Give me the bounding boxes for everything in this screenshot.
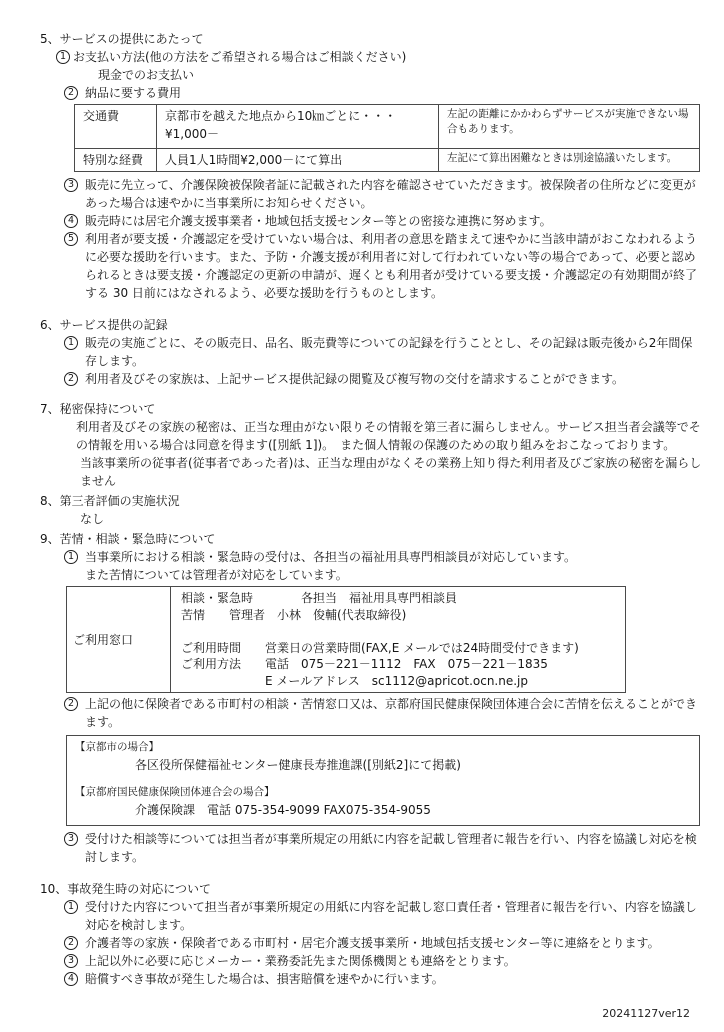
list-item: 3 上記以外に必要に応じメーカー・業務委託先また関係機関とも連絡をとります。 (64, 952, 702, 970)
contact-line-phone-fax: ご利用方法 電話 075－221－1112 FAX 075－221－1835 (181, 656, 615, 673)
contact-line-email: E メールアドレス sc1112@apricot.ocn.ne.jp (181, 673, 615, 690)
confidentiality-paragraph-1: 利用者及びその家族の秘密は、正当な理由がない限りその情報を第三者に漏らしません。… (76, 418, 702, 454)
payment-cash-text: 現金でのお支払い (98, 66, 702, 84)
table-row-transport: 交通費 京都市を越えた地点から10㎞ごとに・・・¥1,000－ 左記の距離にかか… (75, 105, 700, 149)
cost-note: 左記にて算出困難なときは別途協議いたします。 (439, 149, 700, 172)
delivery-cost-item: 2 納品に要する費用 (64, 84, 702, 102)
contact-window-label: ご利用窓口 (67, 587, 171, 693)
section-8-heading: 8、第三者評価の実施状況 (40, 492, 702, 510)
section-5-heading: 5、サービスの提供にあたって (40, 30, 702, 48)
list-item: 4 賠償すべき事故が発生した場合は、損害賠償を速やかに行います。 (64, 970, 702, 988)
section-7-heading: 7、秘密保持について (40, 400, 702, 418)
cost-note: 左記の距離にかかわらずサービスが実施できない場合もあります。 (439, 105, 700, 149)
table-row: ご利用窓口 相談・緊急時 各担当 福祉用具専門相談員 苦情 管理者 小林 俊輔(… (67, 587, 626, 693)
table-row-special-expense: 特別な経費 人員1人1時間¥2,000－にて算出 左記にて算出困難なときは別途協… (75, 149, 700, 172)
document-version: 20241127ver12 (40, 988, 702, 1032)
list-item-text: 販売に先立って、介護保険被保険者証に記載された内容を確認させていただきます。被保… (85, 176, 702, 212)
list-item-text: 利用者及びその家族は、上記サービス提供記録の閲覧及び複写物の交付を請求することが… (85, 370, 702, 388)
list-item-text: 当事業所における相談・緊急時の受付は、各担当の福祉用具専門相談員が対応しています… (85, 548, 702, 584)
document-page: 5、サービスの提供にあたって 1 お支払い方法(他の方法をご希望される場合はご相… (0, 0, 724, 1032)
section-third-party-evaluation: 8、第三者評価の実施状況 なし (40, 492, 702, 528)
kyoto-city-case-label: 【京都市の場合】 (75, 739, 691, 756)
list-item: 3 受付けた相談等については担当者が事業所規定の用紙に内容を記載し管理者に報告を… (64, 830, 702, 866)
confidentiality-paragraph-2: 当該事業所の従事者(従事者であった者)は、正当な理由がなくその業務上知り得た利用… (80, 454, 702, 490)
list-item: 2 介護者等の家族・保険者である市町村・居宅介護支援事業所・地域包括支援センター… (64, 934, 702, 952)
payment-method-item: 1 お支払い方法(他の方法をご希望される場合はご相談ください) (56, 48, 702, 66)
circled-3-marker: 3 (64, 832, 78, 846)
cost-detail: 人員1人1時間¥2,000－にて算出 (157, 149, 439, 172)
list-item: 2 上記の他に保険者である市町村の相談・苦情窓口又は、京都府国民健康保険団体連合… (64, 695, 702, 731)
kokuho-federation-case-value: 介護保険課 電話 075-354-9099 FAX075-354-9055 (135, 801, 691, 819)
contact-window-details: 相談・緊急時 各担当 福祉用具専門相談員 苦情 管理者 小林 俊輔(代表取締役)… (171, 587, 626, 693)
circled-1-marker: 1 (64, 550, 78, 564)
list-item: 2 利用者及びその家族は、上記サービス提供記録の閲覧及び複写物の交付を請求するこ… (64, 370, 702, 388)
list-item-text: 賠償すべき事故が発生した場合は、損害賠償を速やかに行います。 (85, 970, 702, 988)
list-item: 1 当事業所における相談・緊急時の受付は、各担当の福祉用具専門相談員が対応してい… (64, 548, 702, 584)
section-10-heading: 10、事故発生時の対応について (40, 880, 702, 898)
list-item-text: 受付けた相談等については担当者が事業所規定の用紙に内容を記載し管理者に報告を行い… (85, 830, 702, 866)
circled-1-marker: 1 (64, 900, 78, 914)
list-item-text: 介護者等の家族・保険者である市町村・居宅介護支援事業所・地域包括支援センター等に… (85, 934, 702, 952)
circled-2-marker: 2 (64, 372, 78, 386)
list-item-text: 上記の他に保険者である市町村の相談・苦情窓口又は、京都府国民健康保険団体連合会に… (85, 695, 702, 731)
section-9-heading: 9、苦情・相談・緊急時について (40, 530, 702, 548)
cost-table: 交通費 京都市を越えた地点から10㎞ごとに・・・¥1,000－ 左記の距離にかか… (74, 104, 700, 172)
list-item: 1 受付けた内容について担当者が事業所規定の用紙に内容を記載し窓口責任者・管理者… (64, 898, 702, 934)
section-confidentiality: 7、秘密保持について 利用者及びその家族の秘密は、正当な理由がない限りその情報を… (40, 400, 702, 490)
third-party-evaluation-status: なし (80, 510, 702, 528)
list-item: 1 販売の実施ごとに、その販売日、品名、販売費等についての記録を行うこととし、そ… (64, 334, 702, 370)
complaints-reception-line-2: また苦情については管理者が対応をしています。 (85, 566, 702, 584)
circled-4-marker: 4 (64, 972, 78, 986)
list-item-text: 受付けた内容について担当者が事業所規定の用紙に内容を記載し窓口責任者・管理者に報… (85, 898, 702, 934)
circled-3-marker: 3 (64, 954, 78, 968)
complaints-reception-line-1: 当事業所における相談・緊急時の受付は、各担当の福祉用具専門相談員が対応しています… (85, 548, 702, 566)
circled-5-marker: 5 (64, 232, 78, 246)
list-item: 4 販売時には居宅介護支援事業者・地域包括支援センター等との密接な連携に努めます… (64, 212, 702, 230)
contact-line-hours: ご利用時間 営業日の営業時間(FAX,E メールでは24時間受付できます) (181, 640, 615, 657)
section-service-provision: 5、サービスの提供にあたって 1 お支払い方法(他の方法をご希望される場合はご相… (40, 30, 702, 302)
circled-1-marker: 1 (64, 336, 78, 350)
cost-label: 特別な経費 (75, 149, 157, 172)
list-item-text: 販売の実施ごとに、その販売日、品名、販売費等についての記録を行うこととし、その記… (85, 334, 702, 370)
list-item: 3 販売に先立って、介護保険被保険者証に記載された内容を確認させていただきます。… (64, 176, 702, 212)
cost-detail: 京都市を越えた地点から10㎞ごとに・・・¥1,000－ (157, 105, 439, 149)
contact-line-blank (181, 623, 615, 640)
section-accident-response: 10、事故発生時の対応について 1 受付けた内容について担当者が事業所規定の用紙… (40, 880, 702, 988)
circled-4-marker: 4 (64, 214, 78, 228)
contact-line-complaint: 苦情 管理者 小林 俊輔(代表取締役) (181, 607, 615, 624)
section-complaints-emergency: 9、苦情・相談・緊急時について 1 当事業所における相談・緊急時の受付は、各担当… (40, 530, 702, 866)
list-item-text: 上記以外に必要に応じメーカー・業務委託先また関係機関とも連絡をとります。 (85, 952, 702, 970)
circled-1-marker: 1 (56, 50, 70, 64)
cost-label: 交通費 (75, 105, 157, 149)
contact-line-consult: 相談・緊急時 各担当 福祉用具専門相談員 (181, 590, 615, 607)
circled-3-marker: 3 (64, 178, 78, 192)
kokuho-federation-case-label: 【京都府国民健康保険団体連合会の場合】 (75, 784, 691, 801)
kyoto-city-case-value: 各区役所保健福祉センター健康長寿推進課([別紙2]にて掲載) (135, 756, 691, 774)
section-6-heading: 6、サービス提供の記録 (40, 316, 702, 334)
external-contact-box: 【京都市の場合】 各区役所保健福祉センター健康長寿推進課([別紙2]にて掲載) … (66, 735, 700, 826)
list-item-text: 利用者が要支援・介護認定を受けていない場合は、利用者の意思を踏まえて速やかに当該… (85, 230, 702, 302)
payment-method-text: お支払い方法(他の方法をご希望される場合はご相談ください) (73, 48, 702, 66)
circled-2-marker: 2 (64, 936, 78, 950)
circled-2-marker: 2 (64, 86, 78, 100)
section-service-records: 6、サービス提供の記録 1 販売の実施ごとに、その販売日、品名、販売費等について… (40, 316, 702, 388)
circled-2-marker: 2 (64, 697, 78, 711)
list-item: 5 利用者が要支援・介護認定を受けていない場合は、利用者の意思を踏まえて速やかに… (64, 230, 702, 302)
list-item-text: 販売時には居宅介護支援事業者・地域包括支援センター等との密接な連携に努めます。 (85, 212, 702, 230)
contact-window-table: ご利用窓口 相談・緊急時 各担当 福祉用具専門相談員 苦情 管理者 小林 俊輔(… (66, 586, 626, 693)
delivery-cost-heading: 納品に要する費用 (85, 84, 702, 102)
